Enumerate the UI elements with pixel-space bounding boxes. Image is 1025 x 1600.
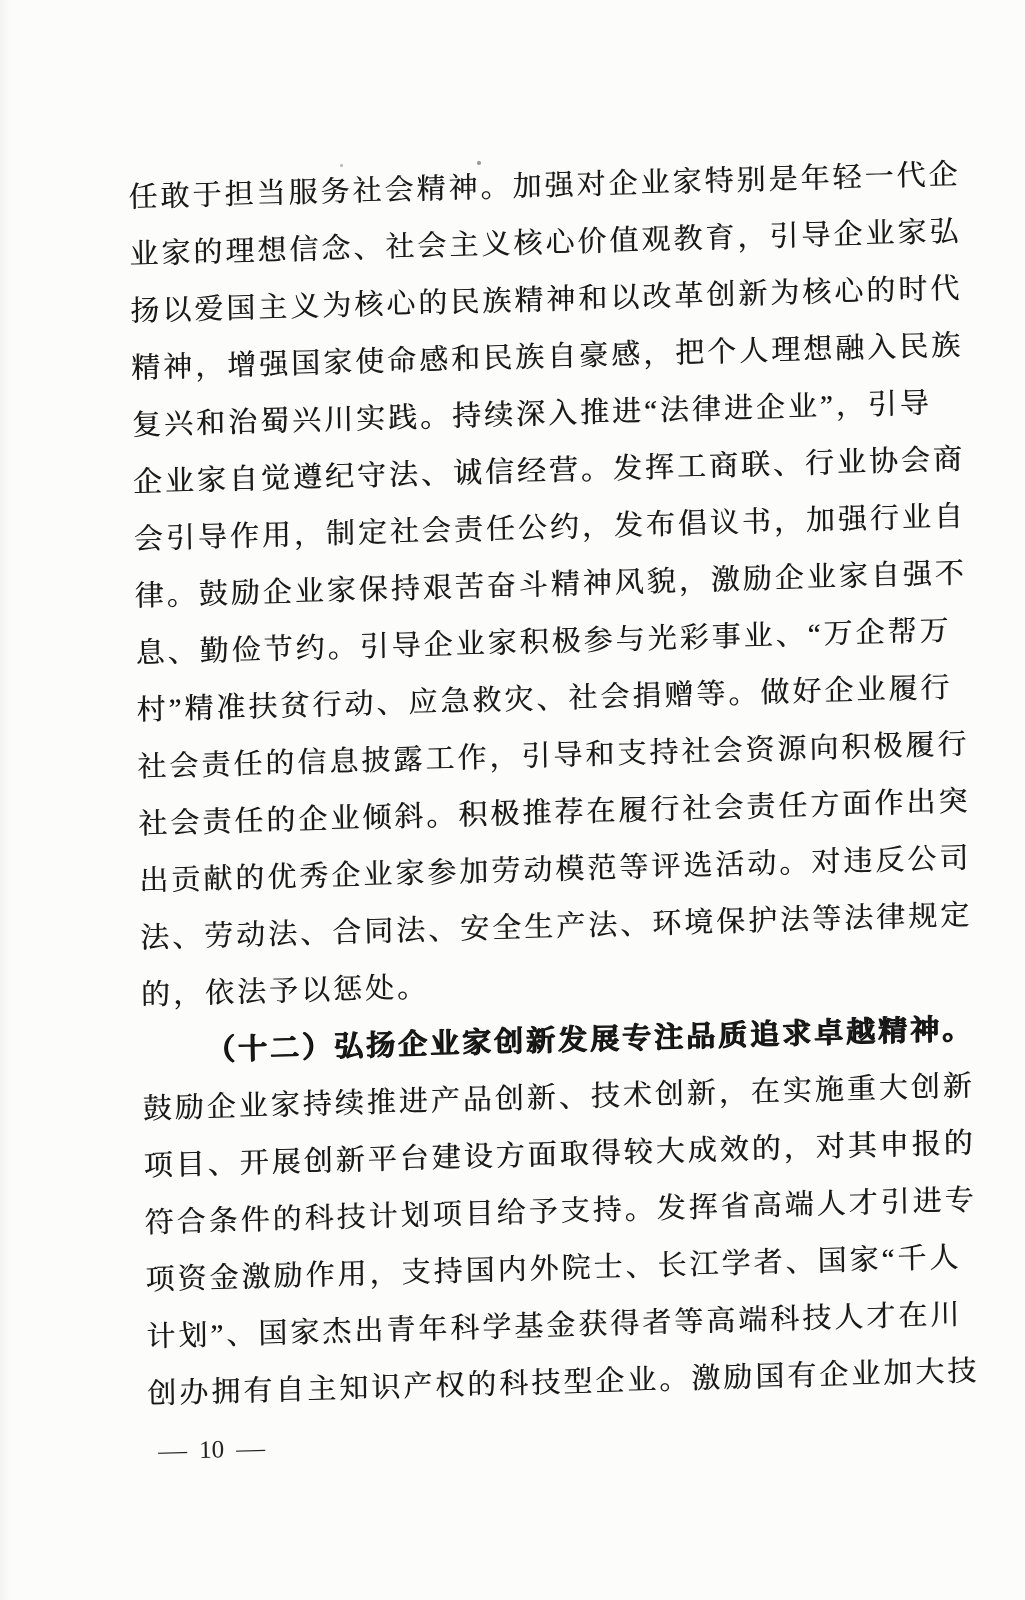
- footer-dash-left: —: [158, 1438, 187, 1465]
- page-footer: — 10 —: [148, 1416, 994, 1466]
- scan-edge-shadow: [0, 0, 10, 1600]
- page-number: 10: [199, 1437, 224, 1464]
- footer-dash-right: —: [236, 1436, 265, 1463]
- document-page: 任敢于担当服务社会精神。加强对企业家特别是年轻一代企 业家的理想信念、社会主义核…: [128, 146, 994, 1465]
